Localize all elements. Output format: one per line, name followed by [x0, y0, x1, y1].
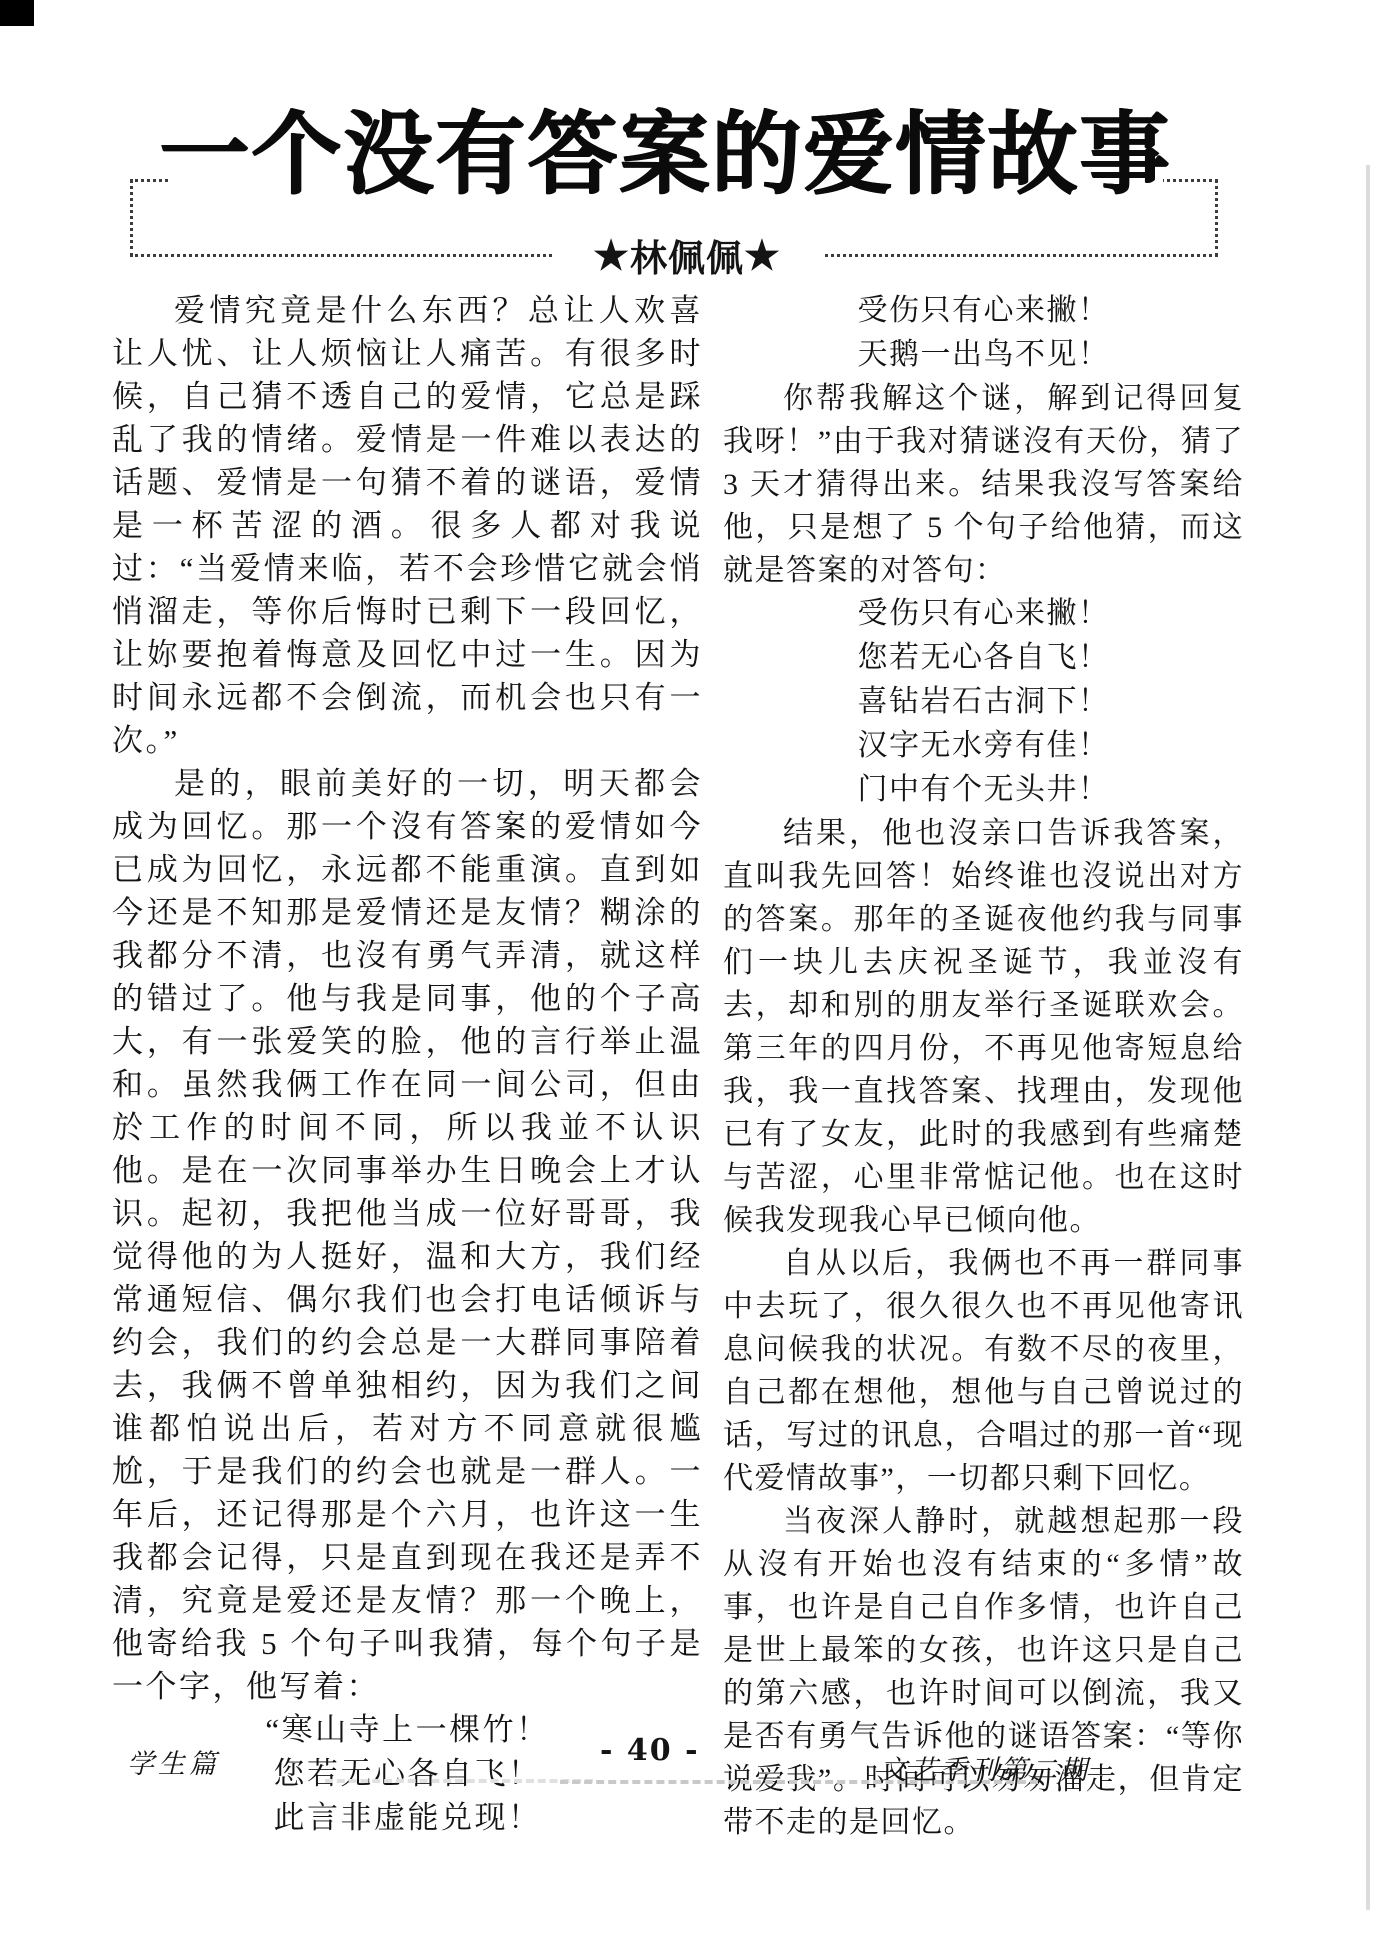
- paragraph: 当夜深人静时，就越想起那一段从沒有开始也沒有结束的“多情”故事，也许是自己自作多…: [723, 1500, 1244, 1844]
- author-name: 林佩佩: [630, 228, 744, 282]
- magazine-page: 一个没有答案的爱情故事 ★ 林佩佩 ★ 爱情究竟是什么东西？总让人欢喜让人忧、让…: [0, 0, 1377, 1947]
- article-title: 一个没有答案的爱情故事: [160, 81, 1172, 211]
- left-column: 爱情究竟是什么东西？总让人欢喜让人忧、让人烦恼让人痛苦。有很多时候，自己猜不透自…: [112, 289, 703, 1840]
- right-column: 受伤只有心来撇！ 天鹅一出鸟不见！ 你帮我解这个谜，解到记得回复我呀！”由于我对…: [723, 289, 1244, 1844]
- verse-line: 受伤只有心来撇！: [723, 592, 1244, 636]
- paragraph: 自从以后，我俩也不再一群同事中去玩了，很久很久也不再见他寄讯息问候我的状况。有数…: [723, 1242, 1244, 1500]
- verse-line: 喜钻岩石古洞下！: [723, 680, 1244, 724]
- verse-line: 您若无心各自飞！: [723, 636, 1244, 680]
- scan-edge-artifact: [1366, 165, 1370, 1910]
- verse-line: 汉字无水旁有佳！: [723, 724, 1244, 768]
- paragraph: 爱情究竟是什么东西？总让人欢喜让人忧、让人烦恼让人痛苦。有很多时候，自己猜不透自…: [112, 289, 703, 762]
- verse-line: 天鹅一出鸟不见！: [723, 333, 1244, 377]
- riddle-verse-opening: 受伤只有心来撇！ 天鹅一出鸟不见！: [723, 289, 1244, 377]
- answer-verse: 受伤只有心来撇！ 您若无心各自飞！ 喜钻岩石古洞下！ 汉字无水旁有佳！ 门中有个…: [723, 592, 1244, 812]
- scan-corner-mark: [0, 0, 34, 26]
- article-author: ★ 林佩佩 ★: [552, 224, 822, 286]
- footer-journal-label: 文艺季刊第二期: [880, 1748, 1090, 1787]
- verse-line: 此言非虚能兑现！: [112, 1796, 703, 1840]
- paragraph: 你帮我解这个谜，解到记得回复我呀！”由于我对猜谜沒有天份，猜了 3 天才猜得出来…: [723, 377, 1244, 592]
- paragraph: 是的，眼前美好的一切，明天都会成为回忆。那一个沒有答案的爱情如今已成为回忆，永远…: [112, 762, 703, 1708]
- star-icon: ★: [744, 232, 781, 279]
- title-plate: 一个没有答案的爱情故事: [168, 84, 1163, 208]
- paragraph: 结果，他也沒亲口告诉我答案，直叫我先回答！始终谁也沒说出对方的答案。那年的圣诞夜…: [723, 812, 1244, 1242]
- verse-line: 门中有个无头井！: [723, 768, 1244, 812]
- page-number: - 40 -: [600, 1733, 700, 1768]
- verse-line: 受伤只有心来撇！: [723, 289, 1244, 333]
- footer-dashed-line: [325, 1779, 593, 1783]
- footer-section-label: 学生篇: [127, 1742, 220, 1781]
- star-icon: ★: [593, 232, 630, 279]
